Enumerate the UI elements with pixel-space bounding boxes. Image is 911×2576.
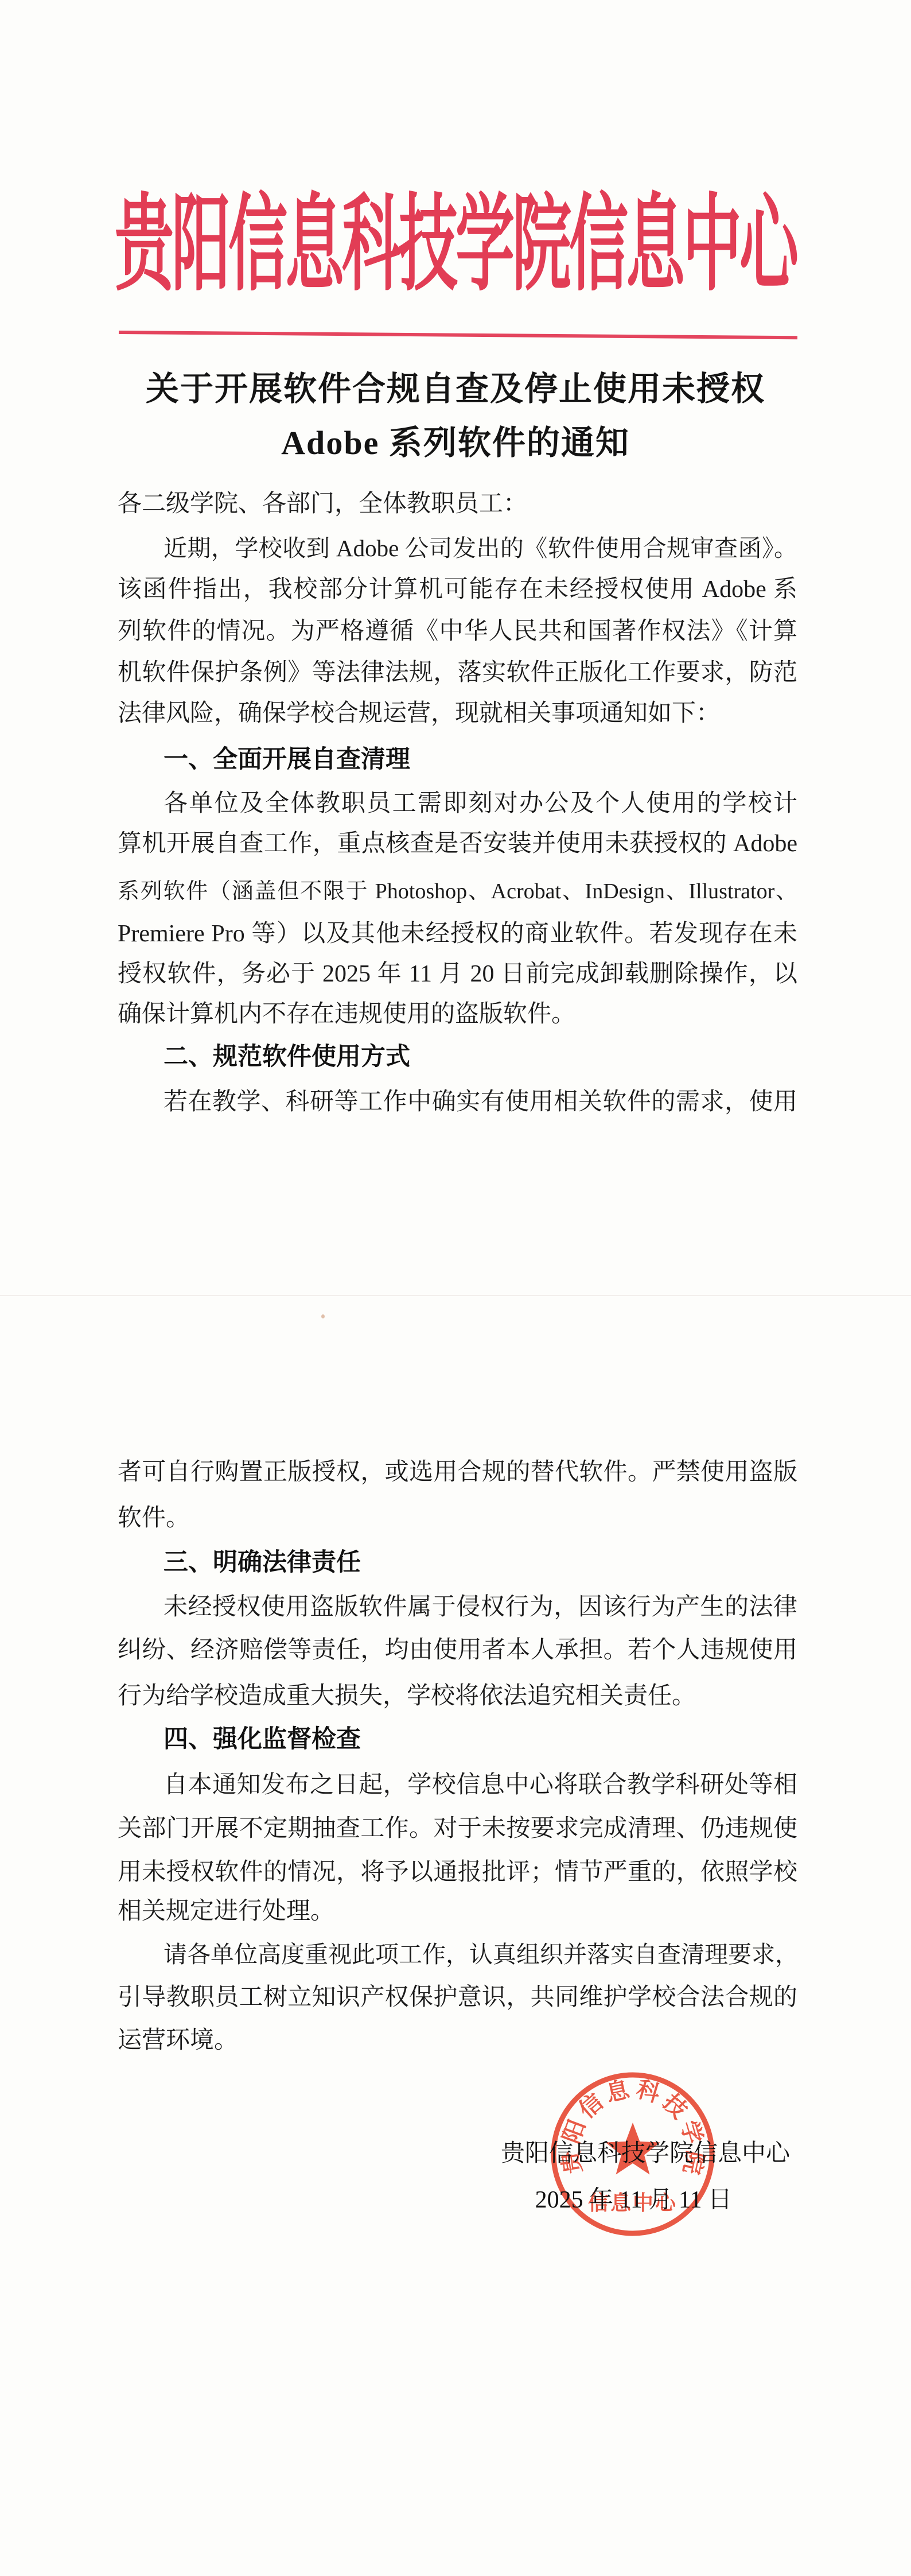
body-line: 相关规定进行处理。 — [118, 1891, 797, 1933]
body-line: 关部门开展不定期抽查工作。对于未按要求完成清理、仍违规使 — [118, 1808, 797, 1850]
body-line: 未经授权使用盗版软件属于侵权行为，因该行为产生的法律 — [118, 1586, 797, 1628]
body-line: 授权软件，务必于 2025 年 11 月 20 日前完成卸载删除操作，以 — [118, 953, 797, 995]
section-heading-4: 四、强化监督检查 — [118, 1718, 797, 1760]
body-line: 机软件保护条例》等法律法规，落实软件正版化工作要求，防范 — [118, 652, 797, 694]
body-line: 确保计算机内不存在违规使用的盗版软件。 — [118, 994, 797, 1035]
body-line: 系列软件（涵盖但不限于 Photoshop、Acrobat、InDesign、I… — [118, 871, 797, 913]
body-line: 该函件指出，我校部分计算机可能存在未经授权使用 Adobe 系 — [118, 569, 797, 611]
body-line: 列软件的情况。为严格遵循《中华人民共和国著作权法》《计算 — [118, 611, 797, 653]
body-line: 用未授权软件的情况，将予以通报批评；情节严重的，依照学校 — [118, 1852, 797, 1894]
body-line: 近期，学校收到 Adobe 公司发出的《软件使用合规审查函》。 — [118, 527, 797, 569]
section-heading-1: 一、全面开展自查清理 — [118, 739, 797, 781]
section-heading-3: 三、明确法律责任 — [118, 1542, 797, 1584]
body-line: 各单位及全体教职员工需即刻对办公及个人使用的学校计 — [118, 783, 797, 825]
title-line-2: Adobe 系列软件的通知 — [0, 416, 911, 470]
signature-date: 2025 年 11 月 11 日 — [535, 2179, 732, 2221]
salutation: 各二级学院、各部门，全体教职员工： — [118, 483, 797, 525]
body-line: 若在教学、科研等工作中确实有使用相关软件的需求，使用 — [118, 1081, 797, 1123]
body-line: Premiere Pro 等）以及其他未经授权的商业软件。若发现存在未 — [118, 913, 797, 955]
title-line-1: 关于开展软件合规自查及停止使用未授权 — [0, 362, 911, 416]
scan-speck — [321, 1314, 325, 1318]
signature-org: 贵阳信息科技学院信息中心 — [501, 2133, 790, 2175]
body-line: 行为给学校造成重大损失，学校将依法追究相关责任。 — [118, 1675, 797, 1717]
body-line: 引导教职员工树立知识产权保护意识，共同维护学校合法合规的 — [118, 1977, 797, 2019]
body-line: 算机开展自查工作，重点核查是否安装并使用未获授权的 Adobe — [118, 823, 797, 865]
body-line: 者可自行购置正版授权，或选用合规的替代软件。严禁使用盗版 — [118, 1452, 797, 1493]
body-line: 纠纷、经济赔偿等责任，均由使用者本人承担。若个人违规使用 — [118, 1630, 797, 1671]
scanned-notice-document: 贵阳信息科技学院信息中心 关于开展软件合规自查及停止使用未授权 Adobe 系列… — [0, 0, 911, 2576]
body-line: 自本通知发布之日起，学校信息中心将联合教学科研处等相 — [118, 1764, 797, 1806]
body-line: 法律风险，确保学校合规运营，现就相关事项通知如下： — [118, 693, 797, 735]
section-heading-2: 二、规范软件使用方式 — [118, 1036, 797, 1078]
letterhead-divider-line — [119, 331, 797, 339]
body-line: 运营环境。 — [118, 2020, 797, 2062]
body-line: 软件。 — [118, 1498, 797, 1539]
body-line: 请各单位高度重视此项工作，认真组织并落实自查清理要求， — [118, 1934, 797, 1976]
document-title: 关于开展软件合规自查及停止使用未授权 Adobe 系列软件的通知 — [0, 362, 911, 470]
letterhead-banner: 贵阳信息科技学院信息中心 — [115, 191, 796, 301]
page-seam — [0, 1295, 911, 1296]
